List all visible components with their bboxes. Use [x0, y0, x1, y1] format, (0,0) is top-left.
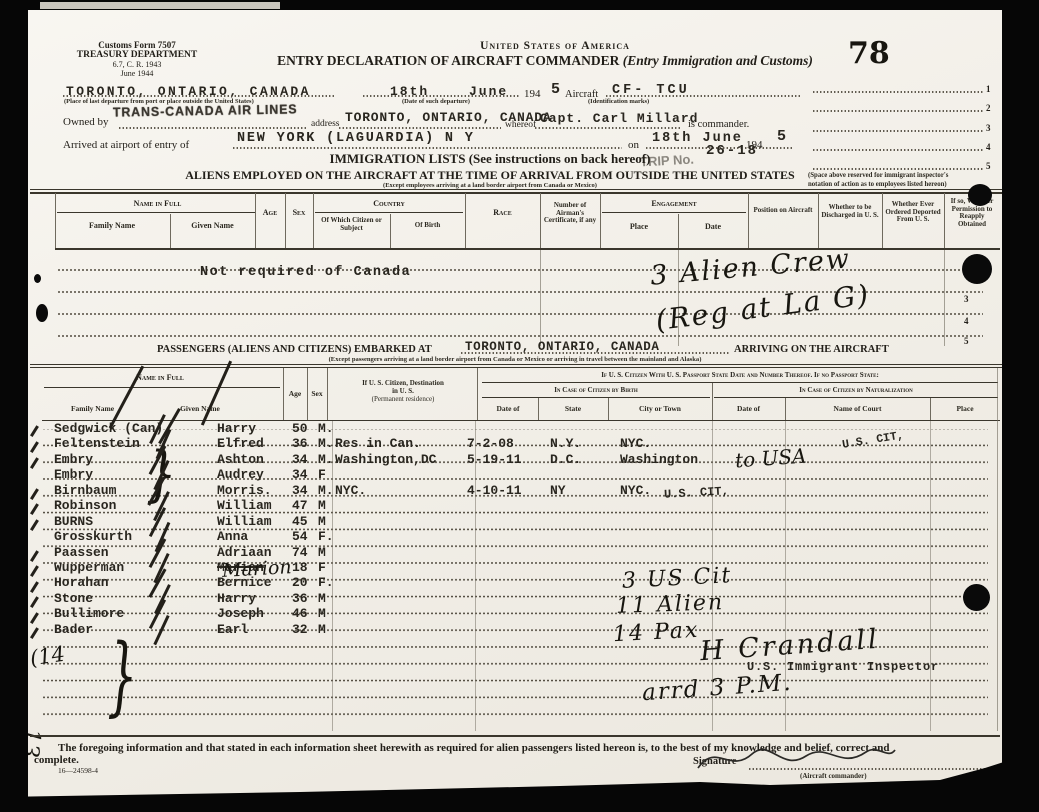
family-name: BURNS [54, 514, 93, 529]
crew-grid-line [882, 193, 883, 248]
passenger-row: EmbryAshton34M.Washington,DC5-19-11D.C.W… [42, 452, 1000, 468]
sex: M. [318, 483, 334, 498]
address-rule [338, 127, 501, 129]
birth-city: NYC. [620, 483, 651, 498]
passenger-grid-line [538, 398, 539, 420]
birth-state-header: State [540, 405, 606, 413]
crew-exception-caption: (Except employees arriving at a land bor… [240, 182, 740, 189]
crew-table-top-rule [30, 189, 1002, 190]
sex: F. [318, 575, 334, 590]
crew-body-grid-line [944, 250, 945, 346]
sex: M. [318, 421, 334, 436]
is-commander-label: is commander. [688, 119, 749, 130]
crew-position-header: Position on Aircraft [750, 207, 816, 215]
passenger-row: Sedgwick (Can)Harry50M. [42, 421, 1000, 437]
birth-date: 7-2-08 [467, 436, 514, 451]
departure-date-rule [362, 95, 520, 97]
owned-by-label: Owned by [63, 116, 109, 128]
family-name: Wupperman [54, 560, 124, 575]
crew-family-name-header: Family Name [57, 221, 167, 230]
passenger-grid-line [477, 368, 478, 420]
inspector-line-number: 5 [986, 161, 991, 171]
aircraft-rule [605, 95, 800, 97]
passenger-row: GrosskurthAnna54F. [42, 529, 1000, 545]
crew-given-name-header: Given Name [170, 221, 255, 230]
passenger-row: RobinsonWilliam47M [42, 498, 1000, 514]
year-printed: 194 [524, 88, 541, 100]
sex: M [318, 514, 326, 529]
nat-date-header: Date of [714, 405, 783, 413]
passenger-row: HorahanBernice20F. [42, 575, 1000, 591]
given-name: Harry [217, 591, 256, 606]
age: 34 [292, 483, 308, 498]
passenger-grid-line [785, 398, 786, 420]
nat-group-rule [714, 397, 998, 398]
scan-left-border [0, 0, 28, 812]
sex: M [318, 606, 326, 621]
crew-country-split-rule [315, 212, 463, 213]
sex: F [318, 560, 326, 575]
form-title-main: ENTRY DECLARATION OF AIRCRAFT COMMANDER [277, 53, 619, 68]
punch-hole-blob [963, 584, 990, 611]
sex: M [318, 498, 326, 513]
handwritten-page-number: 78 [848, 36, 890, 71]
crew-name-in-full-header: Name in Full [60, 199, 255, 208]
sex: M [318, 622, 326, 637]
family-name: Embry [54, 467, 93, 482]
crew-age-header: Age [255, 208, 285, 217]
crew-not-required-note: Not required of Canada [200, 265, 411, 280]
crew-grid-line [600, 193, 601, 248]
age: 20 [292, 575, 308, 590]
family-name: Bader [54, 622, 93, 637]
destination: NYC. [335, 483, 366, 498]
age: 32 [292, 622, 308, 637]
on-label: on [628, 139, 639, 151]
passenger-grid-line [327, 368, 328, 420]
handwritten-embry-dest-note: to USA [734, 444, 807, 473]
passenger-age-header: Age [282, 390, 308, 398]
owner-rule [118, 127, 308, 129]
crew-engagement-header: Engagement [600, 199, 748, 208]
embarked-at-rule [460, 352, 730, 354]
treasury-line: TREASURY DEPARTMENT [62, 50, 212, 60]
crew-grid-line [255, 193, 256, 248]
crew-birth-header: Of Birth [392, 222, 463, 230]
inspector-line-1 [812, 91, 984, 93]
destination: Res in Can. [335, 436, 421, 451]
crew-grid-line [170, 214, 171, 248]
footer-statement-line-2: complete. [34, 754, 79, 766]
passenger-sex-header: Sex [307, 390, 327, 398]
crew-grid-line [748, 193, 749, 248]
age: 47 [292, 498, 308, 513]
form-title: ENTRY DECLARATION OF AIRCRAFT COMMANDER … [195, 53, 895, 69]
handwritten-given-name-correction: Marion [221, 556, 292, 582]
regulation-line: 6.7, C. R. 1943 [62, 60, 212, 69]
aliens-employed-subtitle: ALIENS EMPLOYED ON THE AIRCRAFT AT THE T… [130, 168, 850, 183]
scan-ink-blob [34, 274, 41, 283]
age: 45 [292, 514, 308, 529]
birth-city: NYC. [620, 436, 651, 451]
crew-engagement-split-rule [602, 212, 746, 213]
passenger-table-top-rule-2 [30, 367, 1002, 368]
birth-date: 5-19-11 [467, 452, 522, 467]
inspector-line-number: 2 [986, 103, 991, 113]
sex: M. [318, 452, 334, 467]
birth-city-header: City or Town [610, 405, 710, 413]
crew-grid-line [390, 214, 391, 248]
passenger-row: EmbryAudrey34F [42, 467, 1000, 483]
crew-citizen-header: Of Which Citizen or Subject [315, 217, 388, 232]
passenger-destination-header-3: (Permanent residence) [330, 396, 476, 404]
address-label: address [311, 119, 340, 129]
passenger-grid-line [712, 383, 713, 420]
sex: F. [318, 529, 334, 544]
crew-body-grid-line [540, 250, 541, 346]
crew-grid-line [540, 193, 541, 248]
passenger-given-name-header: Given Name [150, 405, 250, 413]
aircraft-caption: (Identification marks) [588, 98, 649, 105]
crew-row-number: 5 [964, 336, 969, 346]
family-name: Sedgwick (Can) [54, 421, 163, 436]
year-typed: 5 [551, 81, 560, 98]
given-name: Earl [217, 622, 248, 637]
entry-airport-label: Arrived at airport of entry of [63, 139, 189, 151]
scan-right-border [1002, 0, 1039, 812]
revision-date-line: June 1944 [62, 69, 212, 78]
family-name: Birnbaum [54, 483, 116, 498]
passengers-title-suffix: ARRIVING ON THE AIRCRAFT [734, 344, 889, 355]
immigration-lists-title: IMMIGRATION LISTS (See instructions on b… [240, 151, 740, 167]
passenger-grid-line [307, 368, 308, 420]
passenger-table-top-rule [30, 364, 1002, 365]
family-name: Paassen [54, 545, 109, 560]
family-name: Feltenstein [54, 436, 140, 451]
handwritten-total-passengers: 14 Pax [612, 618, 700, 647]
crew-grid-line [678, 214, 679, 248]
age: 54 [292, 529, 308, 544]
nat-place-header: Place [932, 405, 998, 413]
passenger-name-split-rule [44, 387, 280, 388]
family-name: Robinson [54, 498, 116, 513]
family-name: Bullimore [54, 606, 124, 621]
passengers-title-prefix: PASSENGERS (ALIENS AND CITIZENS) EMBARKE… [157, 344, 432, 355]
given-name: William [217, 498, 272, 513]
crew-name-split-rule [57, 212, 255, 213]
punch-hole-blob [962, 254, 992, 284]
crew-engagement-date-header: Date [680, 222, 746, 231]
given-name: Audrey [217, 467, 264, 482]
inspector-line-number: 3 [986, 123, 991, 133]
handwritten-total-aliens: 11 Alien [616, 590, 725, 619]
family-name: Embry [54, 452, 93, 467]
entry-year-typed: 5 [777, 128, 786, 145]
commander-signature-scrawl [690, 736, 900, 778]
crew-sex-header: Sex [285, 208, 313, 217]
scan-top-edge-artifact [40, 2, 280, 9]
crew-grid-line [285, 193, 286, 248]
passenger-row: WuppermanMarian18F [42, 560, 1000, 576]
crew-row-number: 3 [964, 294, 969, 304]
sex: M [318, 591, 326, 606]
age: 74 [292, 545, 308, 560]
age: 50 [292, 421, 308, 436]
crew-country-header: Country [313, 199, 465, 208]
crew-grid-line [313, 193, 314, 248]
birth-date: 4-10-11 [467, 483, 522, 498]
family-name: Stone [54, 591, 93, 606]
family-name: Horahan [54, 575, 109, 590]
signature-caption: (Aircraft commander) [800, 772, 867, 780]
age: 34 [292, 467, 308, 482]
crew-engagement-place-header: Place [602, 222, 676, 231]
crew-grid-line [55, 193, 56, 248]
passengers-exception-caption: (Except passengers arriving at a land bo… [270, 356, 760, 363]
nat-court-header: Name of Court [787, 405, 928, 413]
citizen-by-naturalization-header: In Case of Citizen by Naturalization [714, 386, 998, 394]
inspector-line-number: 1 [986, 84, 991, 94]
birth-state: NY [550, 483, 566, 498]
sex: M [318, 545, 326, 560]
commander-value: Capt. Carl Millard [540, 111, 698, 126]
passport-banner-rule [482, 382, 998, 383]
passport-banner-header: If U. S. Citizen With U. S. Passport Sta… [482, 371, 998, 379]
passenger-grid-line [930, 398, 931, 420]
birth-group-rule [482, 397, 710, 398]
birth-state: D.C. [550, 452, 581, 467]
birth-city: Washington [620, 452, 698, 467]
inspector-space-note-2: notation of action as to employees liste… [808, 181, 947, 188]
given-name: Joseph [217, 606, 264, 621]
age: 34 [292, 452, 308, 467]
form-number-line: Customs Form 7507 [62, 40, 212, 50]
age: 46 [292, 606, 308, 621]
crew-airman-certificate-header: Number of Airman's Certificate, if any [542, 202, 598, 225]
crew-deported-header: Whether Ever Ordered Deported From U. S. [884, 201, 942, 224]
inspector-line-3 [812, 130, 984, 132]
handwritten-tall-brace-mark: } [107, 626, 137, 726]
inspector-line-2 [812, 110, 984, 112]
whereof-label: whereof [505, 120, 536, 130]
form-title-sub: (Entry Immigration and Customs) [623, 53, 813, 68]
passenger-grid-line [608, 398, 609, 420]
family-name: Grosskurth [54, 529, 132, 544]
age: 36 [292, 591, 308, 606]
passenger-grid-line [283, 368, 284, 420]
scan-ink-blob [36, 304, 48, 322]
passenger-row: BirnbaumMorris.34M.NYC.4-10-11NYNYC. [42, 483, 1000, 499]
birth-state: N.Y. [550, 436, 581, 451]
age: 36 [292, 436, 308, 451]
destination: Washington,DC [335, 452, 436, 467]
given-name: Morris. [217, 483, 272, 498]
sex: M. [318, 436, 334, 451]
crew-grid-line [818, 193, 819, 248]
inspector-line-4 [812, 149, 984, 151]
country-heading: United States of America [350, 40, 760, 52]
passenger-name-in-full-header: Name in Full [60, 373, 260, 382]
age: 18 [292, 560, 308, 575]
handwritten-margin-note-14: (14 [28, 642, 66, 671]
entry-airport-value: NEW YORK (LAGUARDIA) N Y [237, 131, 475, 146]
departure-date-caption: (Date of such departure) [402, 98, 470, 105]
given-name: Ashton [217, 452, 264, 467]
entry-airport-rule [232, 147, 622, 149]
inspector-space-note-1: (Space above reserved for immigrant insp… [808, 172, 948, 179]
sex: F [318, 467, 326, 482]
inspector-line-number: 4 [986, 142, 991, 152]
passenger-row: PaassenAdriaan74M [42, 545, 1000, 561]
crew-discharged-header: Whether to be Discharged in U. S. [820, 204, 880, 219]
form-id-block: Customs Form 7507 TREASURY DEPARTMENT 6.… [62, 40, 212, 78]
given-name: William [217, 514, 272, 529]
commander-rule [534, 127, 682, 129]
scan-ink-blob [968, 184, 992, 206]
passenger-row: BURNSWilliam45M [42, 514, 1000, 530]
crew-grid-line [465, 193, 466, 248]
passenger-row: StoneHarry36M [42, 591, 1000, 607]
crew-row-number: 4 [964, 316, 969, 326]
given-name: Harry [217, 421, 256, 436]
crew-race-header: Race [465, 208, 540, 217]
scanned-entry-declaration-form: Customs Form 7507 TREASURY DEPARTMENT 6.… [0, 0, 1039, 812]
crew-table-top-rule-2 [30, 192, 1002, 194]
crew-grid-line [944, 193, 945, 248]
form-print-number: 16—24598-4 [58, 766, 98, 775]
given-name: Anna [217, 529, 248, 544]
given-name: Elfred [217, 436, 264, 451]
passenger-row: BullimoreJoseph46M [42, 606, 1000, 622]
birth-date-header: Date of [480, 405, 536, 413]
departure-place-rule [62, 95, 335, 97]
citizen-by-birth-header: In Case of Citizen by Birth [482, 386, 710, 394]
